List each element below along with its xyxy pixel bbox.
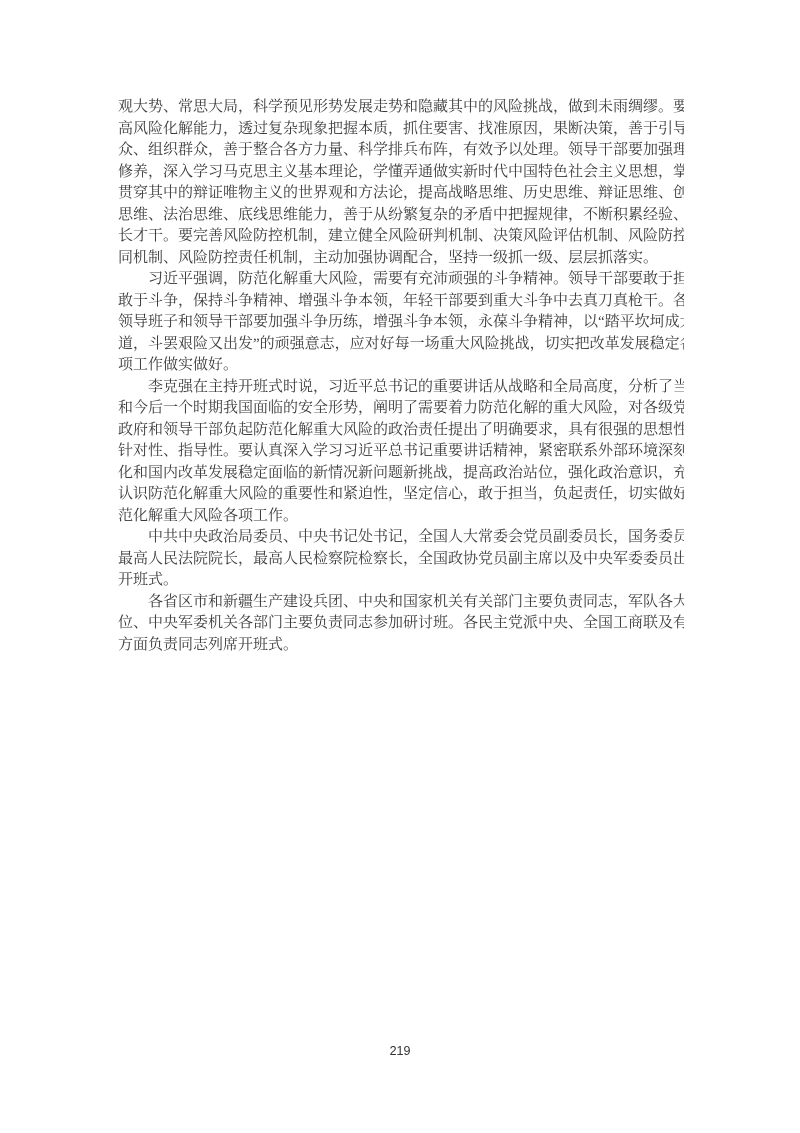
text-line: 贯穿其中的辩证唯物主义的世界观和方法论，提高战略思维、历史思维、辩证思维、创新 <box>118 183 684 205</box>
text-line: 敢于斗争，保持斗争精神、增强斗争本领，年轻干部要到重大斗争中去真刀真枪干。各级 <box>118 291 684 313</box>
paragraph: 各省区市和新疆生产建设兵团、中央和国家机关有关部门主要负责同志，军队各大单位、中… <box>118 592 684 657</box>
text-line: 范化解重大风险各项工作。 <box>118 506 684 528</box>
paragraph: 中共中央政治局委员、中央书记处书记，全国人大常委会党员副委员长，国务委员，最高人… <box>118 527 684 592</box>
text-line: 道，斗罢艰险又出发”的顽强意志，应对好每一场重大风险挑战，切实把改革发展稳定各 <box>118 334 684 356</box>
text-line: 观大势、常思大局，科学预见形势发展走势和隐藏其中的风险挑战，做到未雨绸缪。要提 <box>118 97 684 119</box>
text-line: 领导班子和领导干部要加强斗争历练，增强斗争本领，永葆斗争精神，以“踏平坎坷成大 <box>118 312 684 334</box>
text-line: 高风险化解能力，透过复杂现象把握本质，抓住要害、找准原因，果断决策，善于引导群 <box>118 119 684 141</box>
text-line: 李克强在主持开班式时说，习近平总书记的重要讲话从战略和全局高度，分析了当前 <box>118 377 684 399</box>
page-number: 219 <box>0 1044 800 1058</box>
text-line: 各省区市和新疆生产建设兵团、中央和国家机关有关部门主要负责同志，军队各大单 <box>118 592 684 614</box>
text-line: 和今后一个时期我国面临的安全形势，阐明了需要着力防范化解的重大风险，对各级党委、 <box>118 398 684 420</box>
document-body: 观大势、常思大局，科学预见形势发展走势和隐藏其中的风险挑战，做到未雨绸缪。要提高… <box>118 97 684 656</box>
text-line: 中共中央政治局委员、中央书记处书记，全国人大常委会党员副委员长，国务委员， <box>118 527 684 549</box>
document-page: 观大势、常思大局，科学预见形势发展走势和隐藏其中的风险挑战，做到未雨绸缪。要提高… <box>0 0 800 1133</box>
text-line: 众、组织群众，善于整合各方力量、科学排兵布阵，有效予以处理。领导干部要加强理论 <box>118 140 684 162</box>
text-line: 长才干。要完善风险防控机制，建立健全风险研判机制、决策风险评估机制、风险防控协 <box>118 226 684 248</box>
text-line: 同机制、风险防控责任机制，主动加强协调配合，坚持一级抓一级、层层抓落实。 <box>118 248 684 270</box>
text-line: 政府和领导干部负起防范化解重大风险的政治责任提出了明确要求，具有很强的思想性、 <box>118 420 684 442</box>
text-line: 化和国内改革发展稳定面临的新情况新问题新挑战，提高政治站位，强化政治意识，充分 <box>118 463 684 485</box>
paragraph: 李克强在主持开班式时说，习近平总书记的重要讲话从战略和全局高度，分析了当前和今后… <box>118 377 684 528</box>
paragraph: 观大势、常思大局，科学预见形势发展走势和隐藏其中的风险挑战，做到未雨绸缪。要提高… <box>118 97 684 269</box>
text-line: 认识防范化解重大风险的重要性和紧迫性，坚定信心，敢于担当，负起责任，切实做好防 <box>118 484 684 506</box>
text-line: 方面负责同志列席开班式。 <box>118 635 684 657</box>
text-line: 位、中央军委机关各部门主要负责同志参加研讨班。各民主党派中央、全国工商联及有关 <box>118 613 684 635</box>
paragraph: 习近平强调，防范化解重大风险，需要有充沛顽强的斗争精神。领导干部要敢于担当、敢于… <box>118 269 684 377</box>
text-line: 针对性、指导性。要认真深入学习习近平总书记重要讲话精神，紧密联系外部环境深刻变 <box>118 441 684 463</box>
text-line: 思维、法治思维、底线思维能力，善于从纷繁复杂的矛盾中把握规律，不断积累经验、增 <box>118 205 684 227</box>
text-line: 项工作做实做好。 <box>118 355 684 377</box>
text-line: 修养，深入学习马克思主义基本理论，学懂弄通做实新时代中国特色社会主义思想，掌握 <box>118 162 684 184</box>
text-line: 习近平强调，防范化解重大风险，需要有充沛顽强的斗争精神。领导干部要敢于担当、 <box>118 269 684 291</box>
text-line: 最高人民法院院长，最高人民检察院检察长，全国政协党员副主席以及中央军委委员出席 <box>118 549 684 571</box>
text-line: 开班式。 <box>118 570 684 592</box>
